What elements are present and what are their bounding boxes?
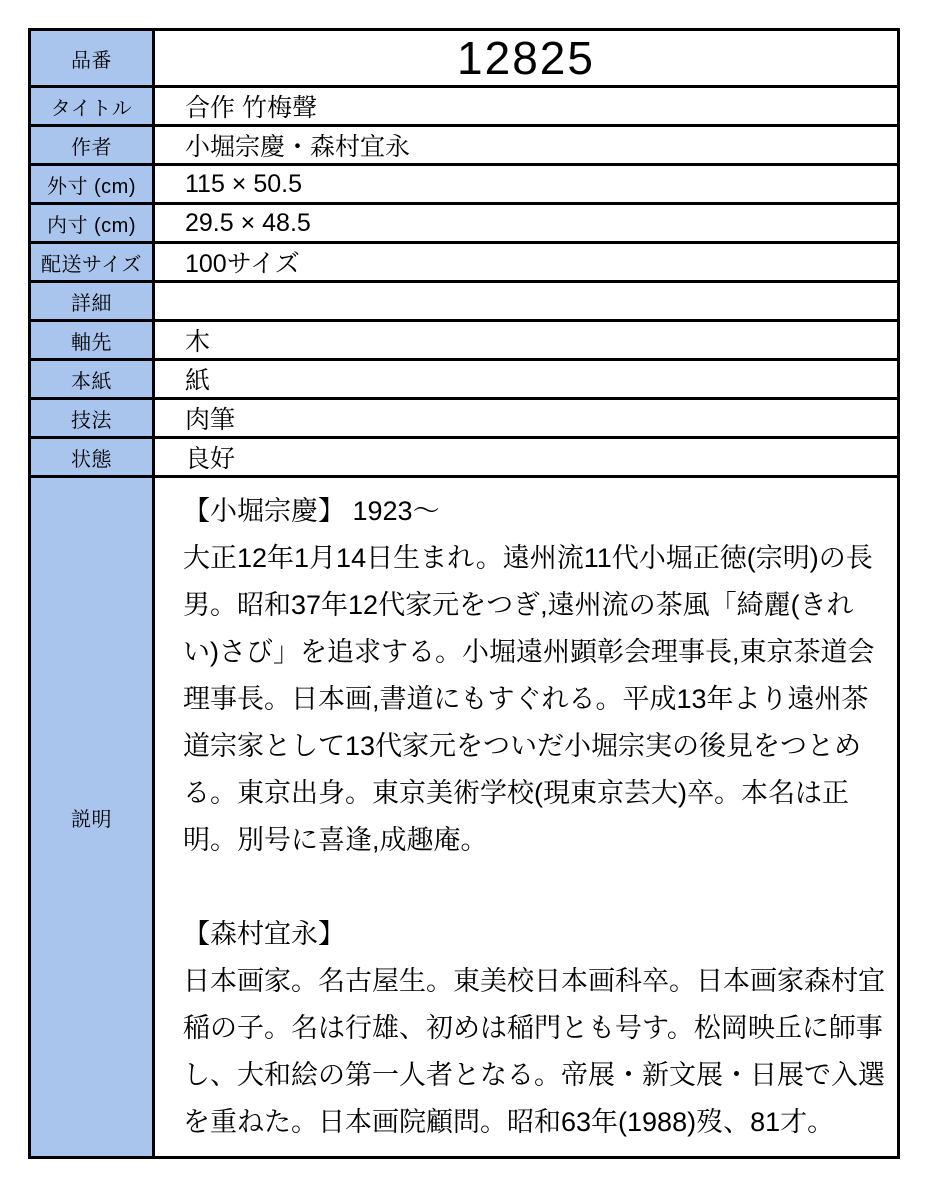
table-row-technique: 技法 肉筆 bbox=[30, 399, 899, 438]
table-row-roller-ends: 軸先 木 bbox=[30, 321, 899, 360]
table-row-item-number: 品番 12825 bbox=[30, 30, 899, 87]
table-row-material: 本紙 紙 bbox=[30, 360, 899, 399]
row-label-artist: 作者 bbox=[30, 126, 154, 165]
roller-ends-value: 木 bbox=[154, 321, 899, 360]
details-value bbox=[154, 282, 899, 321]
row-label-item-number: 品番 bbox=[30, 30, 154, 87]
item-number-value: 12825 bbox=[154, 30, 899, 87]
item-info-table: 品番 12825 タイトル 合作 竹梅聲 作者 小堀宗慶・森村宜永 外寸 (cm… bbox=[28, 28, 900, 1159]
table-row-title: タイトル 合作 竹梅聲 bbox=[30, 87, 899, 126]
table-row-description: 説明 【小堀宗慶】 1923～ 大正12年1月14日生まれ。遠州流11代小堀正徳… bbox=[30, 477, 899, 1158]
material-value: 紙 bbox=[154, 360, 899, 399]
table-row-artist: 作者 小堀宗慶・森村宜永 bbox=[30, 126, 899, 165]
description-cell: 【小堀宗慶】 1923～ 大正12年1月14日生まれ。遠州流11代小堀正徳(宗明… bbox=[154, 477, 899, 1158]
outer-size-value: 115 × 50.5 bbox=[154, 165, 899, 204]
table-row-shipping-size: 配送サイズ 100サイズ bbox=[30, 243, 899, 282]
description-body-morimura: 日本画家。名古屋生。東美校日本画科卒。日本画家森村宜稲の子。名は行雄、初めは稲門… bbox=[183, 958, 889, 1146]
table-row-inner-size: 内寸 (cm) 29.5 × 48.5 bbox=[30, 204, 899, 243]
description-block-morimura: 【森村宜永】 日本画家。名古屋生。東美校日本画科卒。日本画家森村宜稲の子。名は行… bbox=[183, 911, 889, 1146]
title-value: 合作 竹梅聲 bbox=[154, 87, 899, 126]
row-label-condition: 状態 bbox=[30, 438, 154, 477]
row-label-shipping-size: 配送サイズ bbox=[30, 243, 154, 282]
description-heading-morimura: 【森村宜永】 bbox=[183, 911, 889, 958]
condition-value: 良好 bbox=[154, 438, 899, 477]
row-label-technique: 技法 bbox=[30, 399, 154, 438]
row-label-details: 詳細 bbox=[30, 282, 154, 321]
technique-value: 肉筆 bbox=[154, 399, 899, 438]
row-label-roller-ends: 軸先 bbox=[30, 321, 154, 360]
page: 品番 12825 タイトル 合作 竹梅聲 作者 小堀宗慶・森村宜永 外寸 (cm… bbox=[0, 0, 931, 1200]
description-body-kobori: 大正12年1月14日生まれ。遠州流11代小堀正徳(宗明)の長男。昭和37年12代… bbox=[183, 535, 889, 864]
artist-value: 小堀宗慶・森村宜永 bbox=[154, 126, 899, 165]
table-row-condition: 状態 良好 bbox=[30, 438, 899, 477]
row-label-description: 説明 bbox=[30, 477, 154, 1158]
row-label-inner-size: 内寸 (cm) bbox=[30, 204, 154, 243]
row-label-outer-size: 外寸 (cm) bbox=[30, 165, 154, 204]
table-row-outer-size: 外寸 (cm) 115 × 50.5 bbox=[30, 165, 899, 204]
description-block-kobori: 【小堀宗慶】 1923～ 大正12年1月14日生まれ。遠州流11代小堀正徳(宗明… bbox=[183, 488, 889, 864]
inner-size-value: 29.5 × 48.5 bbox=[154, 204, 899, 243]
shipping-size-value: 100サイズ bbox=[154, 243, 899, 282]
row-label-title: タイトル bbox=[30, 87, 154, 126]
description-heading-kobori: 【小堀宗慶】 1923～ bbox=[183, 488, 889, 535]
row-label-material: 本紙 bbox=[30, 360, 154, 399]
table-row-details: 詳細 bbox=[30, 282, 899, 321]
